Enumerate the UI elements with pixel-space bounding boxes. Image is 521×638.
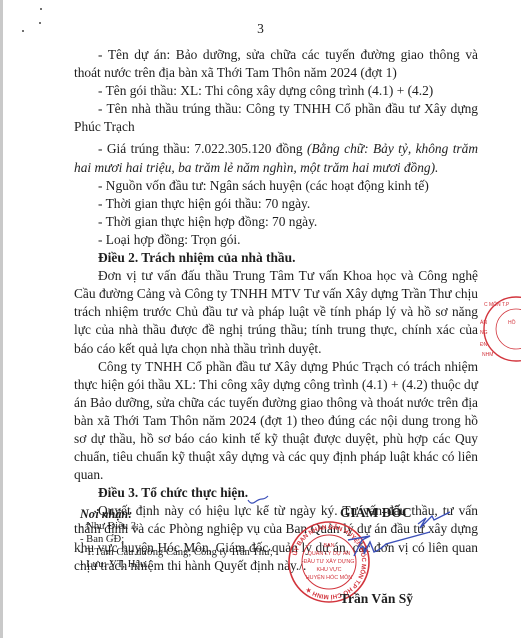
svg-text:HỒ: HỒ xyxy=(508,319,516,326)
winning-price: - Giá trúng thầu: 7.022.305.120 đồng (Bằ… xyxy=(74,140,478,176)
initial-squiggle xyxy=(247,494,269,506)
svg-text:ĐN: ĐN xyxy=(480,342,488,348)
signer-name: Trần Văn Sỹ xyxy=(340,591,413,607)
article2-paragraph2: Công ty TNHH Cổ phần đầu tư Xây dựng Phú… xyxy=(74,358,478,485)
page-number: 3 xyxy=(0,21,521,37)
project-name: - Tên dự án: Bảo dưỡng, sửa chữa các tuy… xyxy=(74,46,478,82)
recipient-item: - T.Tâm Cầu đường Cảng; Công ty Trần Thư… xyxy=(80,547,273,560)
svg-text:NG: NG xyxy=(480,330,488,336)
article2-heading: Điều 2. Trách nhiệm của nhà thầu. xyxy=(74,249,478,267)
svg-text:BAN: BAN xyxy=(323,543,334,549)
recipients-block: Nơi nhận: - Như Điều 3; - Ban GĐ; - T.Tâ… xyxy=(80,507,273,572)
package-duration: - Thời gian thực hiện gói thầu: 70 ngày. xyxy=(74,195,478,213)
page-left-edge xyxy=(0,0,3,638)
svg-text:HUYỆN HÓC MÔN: HUYỆN HÓC MÔN xyxy=(306,573,353,581)
contract-type: - Loại hợp đồng: Trọn gói. xyxy=(74,231,478,249)
svg-text:C MÔN T.P: C MÔN T.P xyxy=(484,301,510,308)
winning-price-label: - Giá trúng thầu: 7.022.305.120 đồng xyxy=(98,141,307,156)
recipient-item: - Như Điều 3; xyxy=(80,521,273,534)
recipients-title: Nơi nhận: xyxy=(80,507,273,521)
article2-paragraph1: Đơn vị tư vấn đấu thầu Trung Tâm Tư vấn … xyxy=(74,267,478,357)
svg-text:NHM: NHM xyxy=(482,352,493,358)
winning-contractor: - Tên nhà thầu trúng thầu: Công ty TNHH … xyxy=(74,100,478,136)
svg-text:KHU VỰC: KHU VỰC xyxy=(317,567,342,573)
recipient-item: - Lưu: VT, Hậu./. xyxy=(80,559,273,572)
package-name: - Tên gói thầu: XL: Thi công xây dựng cô… xyxy=(74,82,478,100)
signature-icon xyxy=(340,510,460,570)
document-body: - Tên dự án: Bảo dưỡng, sửa chữa các tuy… xyxy=(74,46,478,575)
contract-duration: - Thời gian thực hiện hợp đồng: 70 ngày. xyxy=(74,213,478,231)
recipient-item: - Ban GĐ; xyxy=(80,534,273,547)
funding-source: - Nguồn vốn đầu tư: Ngân sách huyện (các… xyxy=(74,177,478,195)
margin-seal-icon: C MÔN T.P HỒ ÁN NG ĐN NHM xyxy=(476,294,521,364)
article3-heading: Điều 3. Tổ chức thực hiện. xyxy=(74,484,478,502)
svg-text:ÁN: ÁN xyxy=(480,319,487,326)
